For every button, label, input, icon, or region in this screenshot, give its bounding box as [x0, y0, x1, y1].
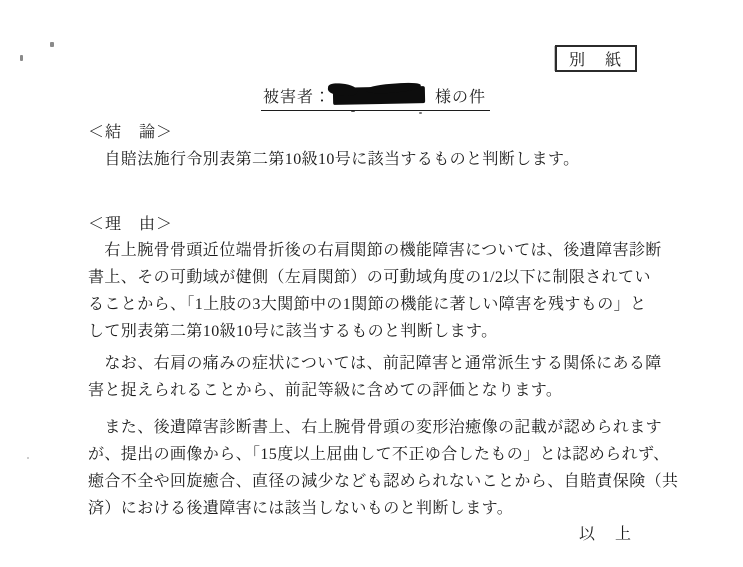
- title-suffix: 様の件: [435, 84, 486, 107]
- reason-p3-line2: が、提出の画像から、「15度以上屈曲して不正ゆ合したもの」とは認められず、: [88, 441, 670, 468]
- scanned-document-page: 別 紙 被害者： 様の件 ＜結 論＞ 自賠法施行令別表第二第10級10号に該当す…: [0, 0, 743, 567]
- redacted-name-blob: [333, 86, 425, 105]
- reason-p3-line3: 癒合不全や回旋癒合、直径の減少なども認められないことから、自賠責保険（共: [88, 468, 678, 495]
- scan-speck: [419, 112, 422, 114]
- attachment-tag-box: 別 紙: [555, 45, 637, 72]
- reason-p1-line1: 右上腕骨骨頭近位端骨折後の右肩関節の機能障害については、後遺障害診断: [88, 237, 662, 264]
- scan-speck: [27, 457, 29, 459]
- reason-p1-line4: して別表第二第10級10号に該当するものと判断します。: [88, 318, 498, 345]
- reason-p1-line2: 書上、その可動域が健側（左肩関節）の可動域角度の1/2以下に制限されてい: [88, 264, 651, 291]
- reason-p3-line4: 済）における後遺障害には該当しないものと判断します。: [88, 495, 513, 522]
- reason-p3-line1: また、後遺障害診断書上、右上腕骨骨頭の変形治癒像の記載が認められます: [88, 414, 662, 441]
- conclusion-heading: ＜結 論＞: [88, 119, 173, 142]
- reason-p2-line1: なお、右肩の痛みの症状については、前記障害と通常派生する関係にある障: [88, 350, 662, 377]
- reason-p1-line3: ることから、「1上肢の3大関節中の1関節の機能に著しい障害を残すもの」と: [88, 291, 646, 318]
- closing-label: 以 上: [579, 521, 633, 544]
- title-prefix: 被害者：: [263, 84, 331, 107]
- document-title: 被害者： 様の件: [261, 84, 490, 111]
- scan-speck: [20, 55, 23, 61]
- scan-speck: [50, 42, 54, 47]
- reason-heading: ＜理 由＞: [88, 211, 173, 234]
- reason-p2-line2: 害と捉えられることから、前記等級に含めての評価となります。: [88, 377, 562, 404]
- attachment-tag-label: 別 紙: [569, 47, 623, 70]
- conclusion-line: 自賠法施行令別表第二第10級10号に該当するものと判断します。: [88, 146, 580, 173]
